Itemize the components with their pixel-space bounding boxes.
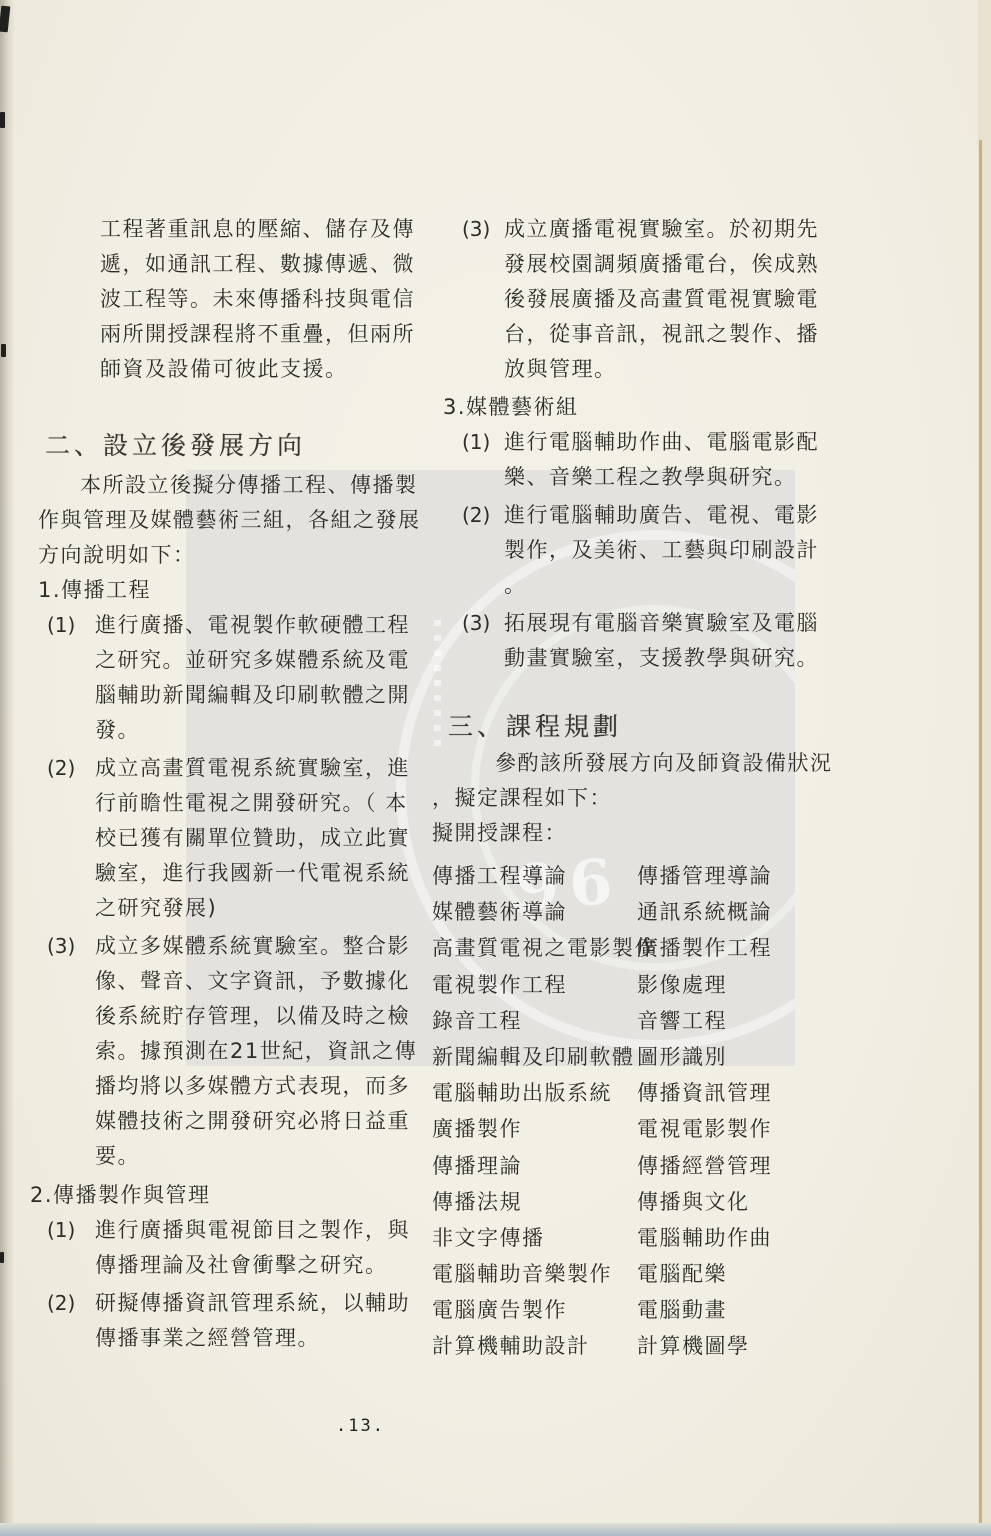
- intro-paragraph: 工程著重訊息的壓縮、儲存及傳遞，如通訊工程、數據傳遞、微波工程等。未來傳播科技與…: [30, 212, 455, 387]
- left-column: 工程著重訊息的壓縮、儲存及傳遞，如通訊工程、數據傳遞、微波工程等。未來傳播科技與…: [30, 212, 455, 1359]
- item-number: (3): [462, 212, 490, 247]
- item-text: 成立高畫質電視系統實驗室，進行前瞻性電視之開發研究。（ 本校已獲有關單位贊助，成…: [95, 751, 455, 926]
- course-name-right: 電腦動畫: [637, 1292, 972, 1328]
- course-row: 電視製作工程 影像處理: [432, 967, 972, 1003]
- course-name-right: 傳播管理導論: [637, 858, 972, 894]
- item-number: (1): [462, 425, 490, 460]
- numbered-item: (2) 成立高畫質電視系統實驗室，進行前瞻性電視之開發研究。（ 本校已獲有關單位…: [30, 751, 455, 926]
- group3-title: 3.媒體藝術組: [432, 390, 972, 425]
- text-line: 參酌該所發展方向及師資設備狀況: [432, 746, 972, 781]
- course-name-left: 廣播製作: [432, 1111, 637, 1147]
- text-line: 作與管理及媒體藝術三組，各組之發展: [30, 503, 455, 538]
- section3-heading: 三、課程規劃: [432, 708, 972, 746]
- numbered-item: (2) 研擬傳播資訊管理系統，以輔助傳播事業之經營管理。: [30, 1286, 455, 1356]
- text-line: 之研究發展): [95, 891, 455, 926]
- course-row: 高畫質電視之電影製作 廣播製作工程: [432, 930, 972, 966]
- course-name-right: 電腦配樂: [637, 1256, 972, 1292]
- course-name-right: 通訊系統概論: [637, 894, 972, 930]
- text-line: 工程著重訊息的壓縮、儲存及傳: [100, 212, 455, 247]
- course-name-right: 圖形識別: [637, 1039, 972, 1075]
- section2-intro: 本所設立後擬分傳播工程、傳播製作與管理及媒體藝術三組，各組之發展方向說明如下：: [30, 468, 455, 573]
- course-list: 傳播工程導論 傳播管理導論 媒體藝術導論 通訊系統概論 高畫質電視之電影製作 廣…: [432, 858, 972, 1365]
- text-line: 兩所開授課程將不重疊，但兩所: [100, 317, 455, 352]
- text-line: 樂、音樂工程之教學與研究。: [504, 460, 972, 495]
- text-line: 拓展現有電腦音樂實驗室及電腦: [504, 606, 972, 641]
- course-row: 錄音工程 音響工程: [432, 1003, 972, 1039]
- course-name-left: 傳播工程導論: [432, 858, 637, 894]
- text-line: 索。據預測在21世紀，資訊之傳: [95, 1034, 455, 1069]
- numbered-item: (3) 成立多媒體系統實驗室。整合影像、聲音、文字資訊，予數據化後系統貯存管理，…: [30, 929, 455, 1174]
- text-line: 師資及設備可彼此支援。: [100, 352, 455, 387]
- course-name-right: 傳播資訊管理: [637, 1075, 972, 1111]
- course-name-right: 傳播與文化: [637, 1184, 972, 1220]
- text-line: 進行廣播與電視節目之製作，與: [95, 1213, 455, 1248]
- scan-artifact-mark: [0, 1252, 4, 1263]
- course-name-left: 傳播法規: [432, 1184, 637, 1220]
- course-row: 電腦輔助出版系統 傳播資訊管理: [432, 1075, 972, 1111]
- course-name-left: 媒體藝術導論: [432, 894, 637, 930]
- scan-artifact-mark: [1, 344, 6, 357]
- item-number: (1): [47, 1213, 75, 1248]
- course-row: 傳播理論 傳播經營管理: [432, 1148, 972, 1184]
- text-line: 播均將以多媒體方式表現，而多: [95, 1069, 455, 1104]
- course-name-left: 電腦輔助出版系統: [432, 1075, 637, 1111]
- item-number: (1): [47, 608, 75, 643]
- text-line: 校已獲有關單位贊助，成立此實: [95, 821, 455, 856]
- course-name-left: 新聞編輯及印刷軟體: [432, 1039, 637, 1075]
- course-name-right: 電視電影製作: [637, 1111, 972, 1147]
- text-line: 放與管理。: [504, 352, 972, 387]
- item-text: 拓展現有電腦音樂實驗室及電腦動畫實驗室，支援教學與研究。: [504, 606, 972, 676]
- course-name-left: 高畫質電視之電影製作: [432, 930, 637, 966]
- text-line: 之研究。並研究多媒體系統及電: [95, 643, 455, 678]
- course-name-left: 傳播理論: [432, 1148, 637, 1184]
- numbered-item: (3) 拓展現有電腦音樂實驗室及電腦動畫實驗室，支援教學與研究。: [432, 606, 972, 676]
- text-line: 行前瞻性電視之開發研究。（ 本: [95, 786, 455, 821]
- text-line: 成立高畫質電視系統實驗室，進: [95, 751, 455, 786]
- course-row: 電腦輔助音樂製作 電腦配樂: [432, 1256, 972, 1292]
- courses-label: 擬開授課程：: [432, 816, 972, 851]
- course-row: 傳播法規 傳播與文化: [432, 1184, 972, 1220]
- group1-title: 1.傳播工程: [30, 573, 455, 608]
- numbered-item: (1) 進行廣播、電視製作軟硬體工程之研究。並研究多媒體系統及電腦輔助新聞編輯及…: [30, 608, 455, 748]
- course-row: 計算機輔助設計 計算機圖學: [432, 1328, 972, 1364]
- text-line: 後系統貯存管理，以備及時之檢: [95, 999, 455, 1034]
- document-page: 96 工程著重訊息的壓縮、儲存及傳遞，如通訊工程、數據傳遞、微波工程等。未來傳播…: [0, 0, 991, 1536]
- item-number: (2): [47, 1286, 75, 1321]
- course-row: 媒體藝術導論 通訊系統概論: [432, 894, 972, 930]
- text-line: 進行電腦輔助廣告、電視、電影: [504, 498, 972, 533]
- text-line: 方向說明如下：: [30, 538, 455, 573]
- text-line: 製作，及美術、工藝與印刷設計: [504, 533, 972, 568]
- course-name-left: 電腦廣告製作: [432, 1292, 637, 1328]
- text-line: 發。: [95, 713, 455, 748]
- text-line: 後發展廣播及高畫質電視實驗電: [504, 282, 972, 317]
- text-line: 進行廣播、電視製作軟硬體工程: [95, 608, 455, 643]
- scanned-document: { "colors": { "paper": "#f1eee3", "overl…: [0, 0, 991, 1536]
- text-line: 成立廣播電視實驗室。於初期先: [504, 212, 972, 247]
- page-bottom-scan-band: [0, 1523, 991, 1536]
- numbered-item: (1) 進行電腦輔助作曲、電腦電影配樂、音樂工程之教學與研究。: [432, 425, 972, 495]
- text-line: 台，從事音訊，視訊之製作、播: [504, 317, 972, 352]
- item-text: 成立廣播電視實驗室。於初期先發展校園調頻廣播電台，俟成熟後發展廣播及高畫質電視實…: [504, 212, 972, 387]
- group2-items: (1) 進行廣播與電視節目之製作，與傳播理論及社會衝擊之研究。 (2) 研擬傳播…: [30, 1213, 455, 1356]
- item-number: (2): [462, 498, 490, 533]
- item-text: 研擬傳播資訊管理系統，以輔助傳播事業之經營管理。: [95, 1286, 455, 1356]
- text-line: 腦輔助新聞編輯及印刷軟體之開: [95, 678, 455, 713]
- item-text: 成立多媒體系統實驗室。整合影像、聲音、文字資訊，予數據化後系統貯存管理，以備及時…: [95, 929, 455, 1174]
- group3-items: (1) 進行電腦輔助作曲、電腦電影配樂、音樂工程之教學與研究。 (2) 進行電腦…: [432, 425, 972, 676]
- course-row: 非文字傳播 電腦輔助作曲: [432, 1220, 972, 1256]
- numbered-item: (3) 成立廣播電視實驗室。於初期先發展校園調頻廣播電台，俟成熟後發展廣播及高畫…: [432, 212, 972, 387]
- course-name-right: 影像處理: [637, 967, 972, 1003]
- page-left-edge-shadow: [0, 0, 15, 1536]
- numbered-item: (2) 進行電腦輔助廣告、電視、電影製作，及美術、工藝與印刷設計。: [432, 498, 972, 603]
- text-line: 。: [504, 568, 972, 603]
- text-line: 要。: [95, 1139, 455, 1174]
- course-row: 廣播製作 電視電影製作: [432, 1111, 972, 1147]
- course-name-right: 廣播製作工程: [637, 930, 972, 966]
- right-column: (3) 成立廣播電視實驗室。於初期先發展校園調頻廣播電台，俟成熟後發展廣播及高畫…: [432, 212, 972, 1365]
- item-text: 進行廣播與電視節目之製作，與傳播理論及社會衝擊之研究。: [95, 1213, 455, 1283]
- text-line: 動畫實驗室，支援教學與研究。: [504, 641, 972, 676]
- text-line: 傳播理論及社會衝擊之研究。: [95, 1248, 455, 1283]
- course-name-left: 非文字傳播: [432, 1220, 637, 1256]
- course-name-left: 電腦輔助音樂製作: [432, 1256, 637, 1292]
- page-number: .13.: [336, 1416, 385, 1436]
- scan-artifact-mark: [0, 112, 5, 128]
- course-name-right: 傳播經營管理: [637, 1148, 972, 1184]
- text-line: 研擬傳播資訊管理系統，以輔助: [95, 1286, 455, 1321]
- group2-title: 2.傳播製作與管理: [30, 1178, 455, 1213]
- text-line: 進行電腦輔助作曲、電腦電影配: [504, 425, 972, 460]
- text-line: 媒體技術之開發研究必將日益重: [95, 1104, 455, 1139]
- course-row: 電腦廣告製作 電腦動畫: [432, 1292, 972, 1328]
- text-line: ，擬定課程如下：: [432, 781, 972, 816]
- course-name-right: 電腦輔助作曲: [637, 1220, 972, 1256]
- text-line: 本所設立後擬分傳播工程、傳播製: [30, 468, 455, 503]
- course-name-left: 錄音工程: [432, 1003, 637, 1039]
- text-line: 驗室，進行我國新一代電視系統: [95, 856, 455, 891]
- section3-intro: 參酌該所發展方向及師資設備狀況，擬定課程如下：: [432, 746, 972, 816]
- course-row: 新聞編輯及印刷軟體 圖形識別: [432, 1039, 972, 1075]
- course-row: 傳播工程導論 傳播管理導論: [432, 858, 972, 894]
- course-name-left: 計算機輔助設計: [432, 1328, 637, 1364]
- item-number: (3): [462, 606, 490, 641]
- group1-items: (1) 進行廣播、電視製作軟硬體工程之研究。並研究多媒體系統及電腦輔助新聞編輯及…: [30, 608, 455, 1174]
- item-text: 進行電腦輔助作曲、電腦電影配樂、音樂工程之教學與研究。: [504, 425, 972, 495]
- text-line: 像、聲音、文字資訊，予數據化: [95, 964, 455, 999]
- numbered-item: (1) 進行廣播與電視節目之製作，與傳播理論及社會衝擊之研究。: [30, 1213, 455, 1283]
- text-line: 遞，如通訊工程、數據傳遞、微: [100, 247, 455, 282]
- course-name-right: 計算機圖學: [637, 1328, 972, 1364]
- item-text: 進行廣播、電視製作軟硬體工程之研究。並研究多媒體系統及電腦輔助新聞編輯及印刷軟體…: [95, 608, 455, 748]
- course-name-left: 電視製作工程: [432, 967, 637, 1003]
- section2-heading: 二、設立後發展方向: [30, 424, 455, 468]
- text-line: 發展校園調頻廣播電台，俟成熟: [504, 247, 972, 282]
- course-name-right: 音響工程: [637, 1003, 972, 1039]
- item-text: 進行電腦輔助廣告、電視、電影製作，及美術、工藝與印刷設計。: [504, 498, 972, 603]
- item-number: (2): [47, 751, 75, 786]
- text-line: 波工程等。未來傳播科技與電信: [100, 282, 455, 317]
- page-right-edge-line: [979, 140, 982, 1524]
- text-line: 成立多媒體系統實驗室。整合影: [95, 929, 455, 964]
- item-number: (3): [47, 929, 75, 964]
- text-line: 傳播事業之經營管理。: [95, 1321, 455, 1356]
